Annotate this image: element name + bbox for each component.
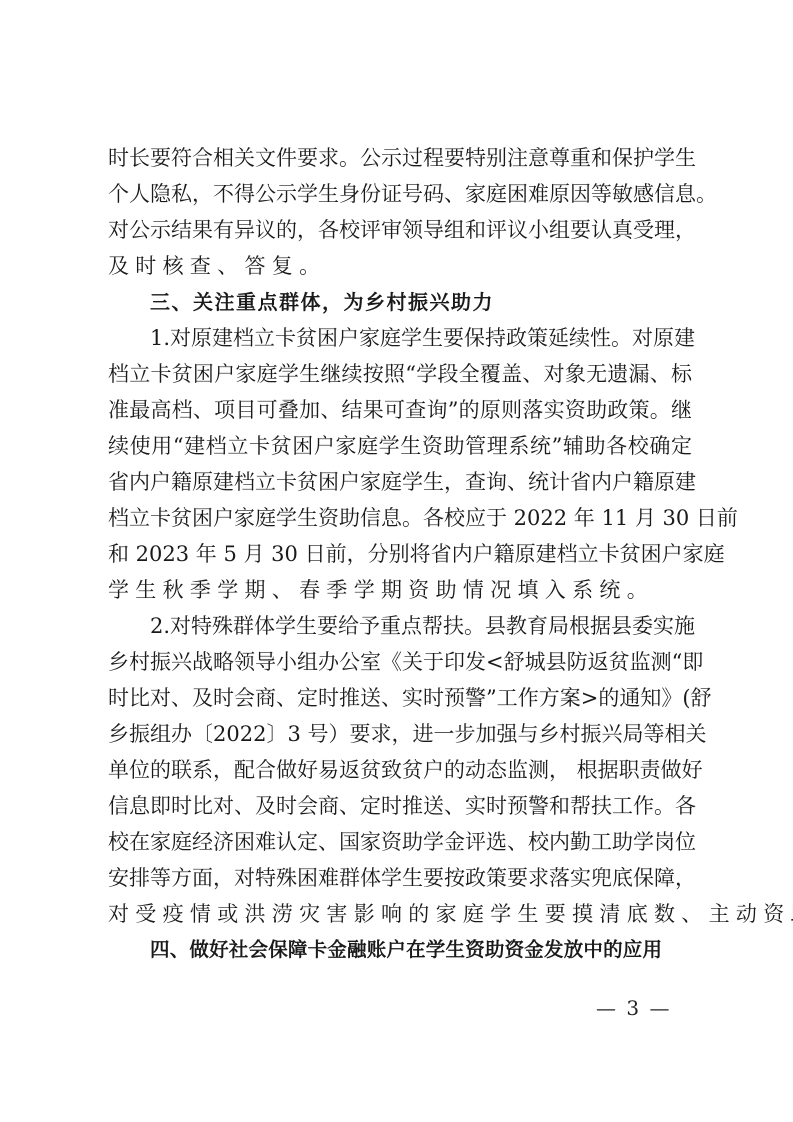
text-line: 个人隐私，不得公示学生身份证号码、家庭困难原因等敏感信息。 bbox=[108, 176, 692, 212]
page-number: — 3 — bbox=[596, 994, 671, 1022]
section-3-heading: 三、关注重点群体，为乡村振兴助力 bbox=[108, 284, 692, 320]
text-line: 1.对原建档立卡贫困户家庭学生要保持政策延续性。对原建 bbox=[108, 320, 692, 356]
text-line: 和 2023 年 5 月 30 日前，分别将省内户籍原建档立卡贫困户家庭 bbox=[108, 536, 692, 572]
text-line: 信息即时比对、及时会商、定时推送、实时预警和帮扶工作。各 bbox=[108, 788, 692, 824]
section-3-item-2: 2.对特殊群体学生要给予重点帮扶。县教育局根据县委实施 乡村振兴战略领导小组办公… bbox=[108, 608, 692, 932]
section-4-heading: 四、做好社会保障卡金融账户在学生资助资金发放中的应用 bbox=[108, 932, 692, 968]
paragraph-continuation: 时长要符合相关文件要求。公示过程要特别注意尊重和保护学生 个人隐私，不得公示学生… bbox=[108, 140, 692, 284]
text-line: 时长要符合相关文件要求。公示过程要特别注意尊重和保护学生 bbox=[108, 140, 692, 176]
text-line: 2.对特殊群体学生要给予重点帮扶。县教育局根据县委实施 bbox=[108, 608, 692, 644]
text-line: 乡振组办〔2022〕3 号）要求，进一步加强与乡村振兴局等相关 bbox=[108, 716, 692, 752]
text-line: 校在家庭经济困难认定、国家资助学金评选、校内勤工助学岗位 bbox=[108, 824, 692, 860]
text-line: 乡村振兴战略领导小组办公室《关于印发<舒城县防返贫监测“即 bbox=[108, 644, 692, 680]
text-line: 时比对、及时会商、定时推送、实时预警”工作方案>的通知》(舒 bbox=[108, 680, 692, 716]
section-3-item-1: 1.对原建档立卡贫困户家庭学生要保持政策延续性。对原建 档立卡贫困户家庭学生继续… bbox=[108, 320, 692, 608]
text-line: 安排等方面，对特殊困难群体学生要按政策要求落实兜底保障， bbox=[108, 860, 692, 896]
text-line: 准最高档、项目可叠加、结果可查询”的原则落实资助政策。继 bbox=[108, 392, 692, 428]
text-line: 学生秋季学期、春季学期资助情况填入系统。 bbox=[108, 572, 692, 608]
text-line: 续使用“建档立卡贫困户家庭学生资助管理系统”辅助各校确定 bbox=[108, 428, 692, 464]
text-line: 对受疫情或洪涝灾害影响的家庭学生要摸清底数、主动资助。 bbox=[108, 896, 692, 932]
text-line: 档立卡贫困户家庭学生继续按照“学段全覆盖、对象无遗漏、标 bbox=[108, 356, 692, 392]
text-line: 单位的联系，配合做好易返贫致贫户的动态监测， 根据职责做好 bbox=[108, 752, 692, 788]
text-line: 及时核查、答复。 bbox=[108, 248, 692, 284]
text-line: 省内户籍原建档立卡贫困户家庭学生，查询、统计省内户籍原建 bbox=[108, 464, 692, 500]
text-line: 档立卡贫困户家庭学生资助信息。各校应于 2022 年 11 月 30 日前 bbox=[108, 500, 692, 536]
document-page: 时长要符合相关文件要求。公示过程要特别注意尊重和保护学生 个人隐私，不得公示学生… bbox=[108, 140, 692, 968]
text-line: 对公示结果有异议的，各校评审领导组和评议小组要认真受理， bbox=[108, 212, 692, 248]
